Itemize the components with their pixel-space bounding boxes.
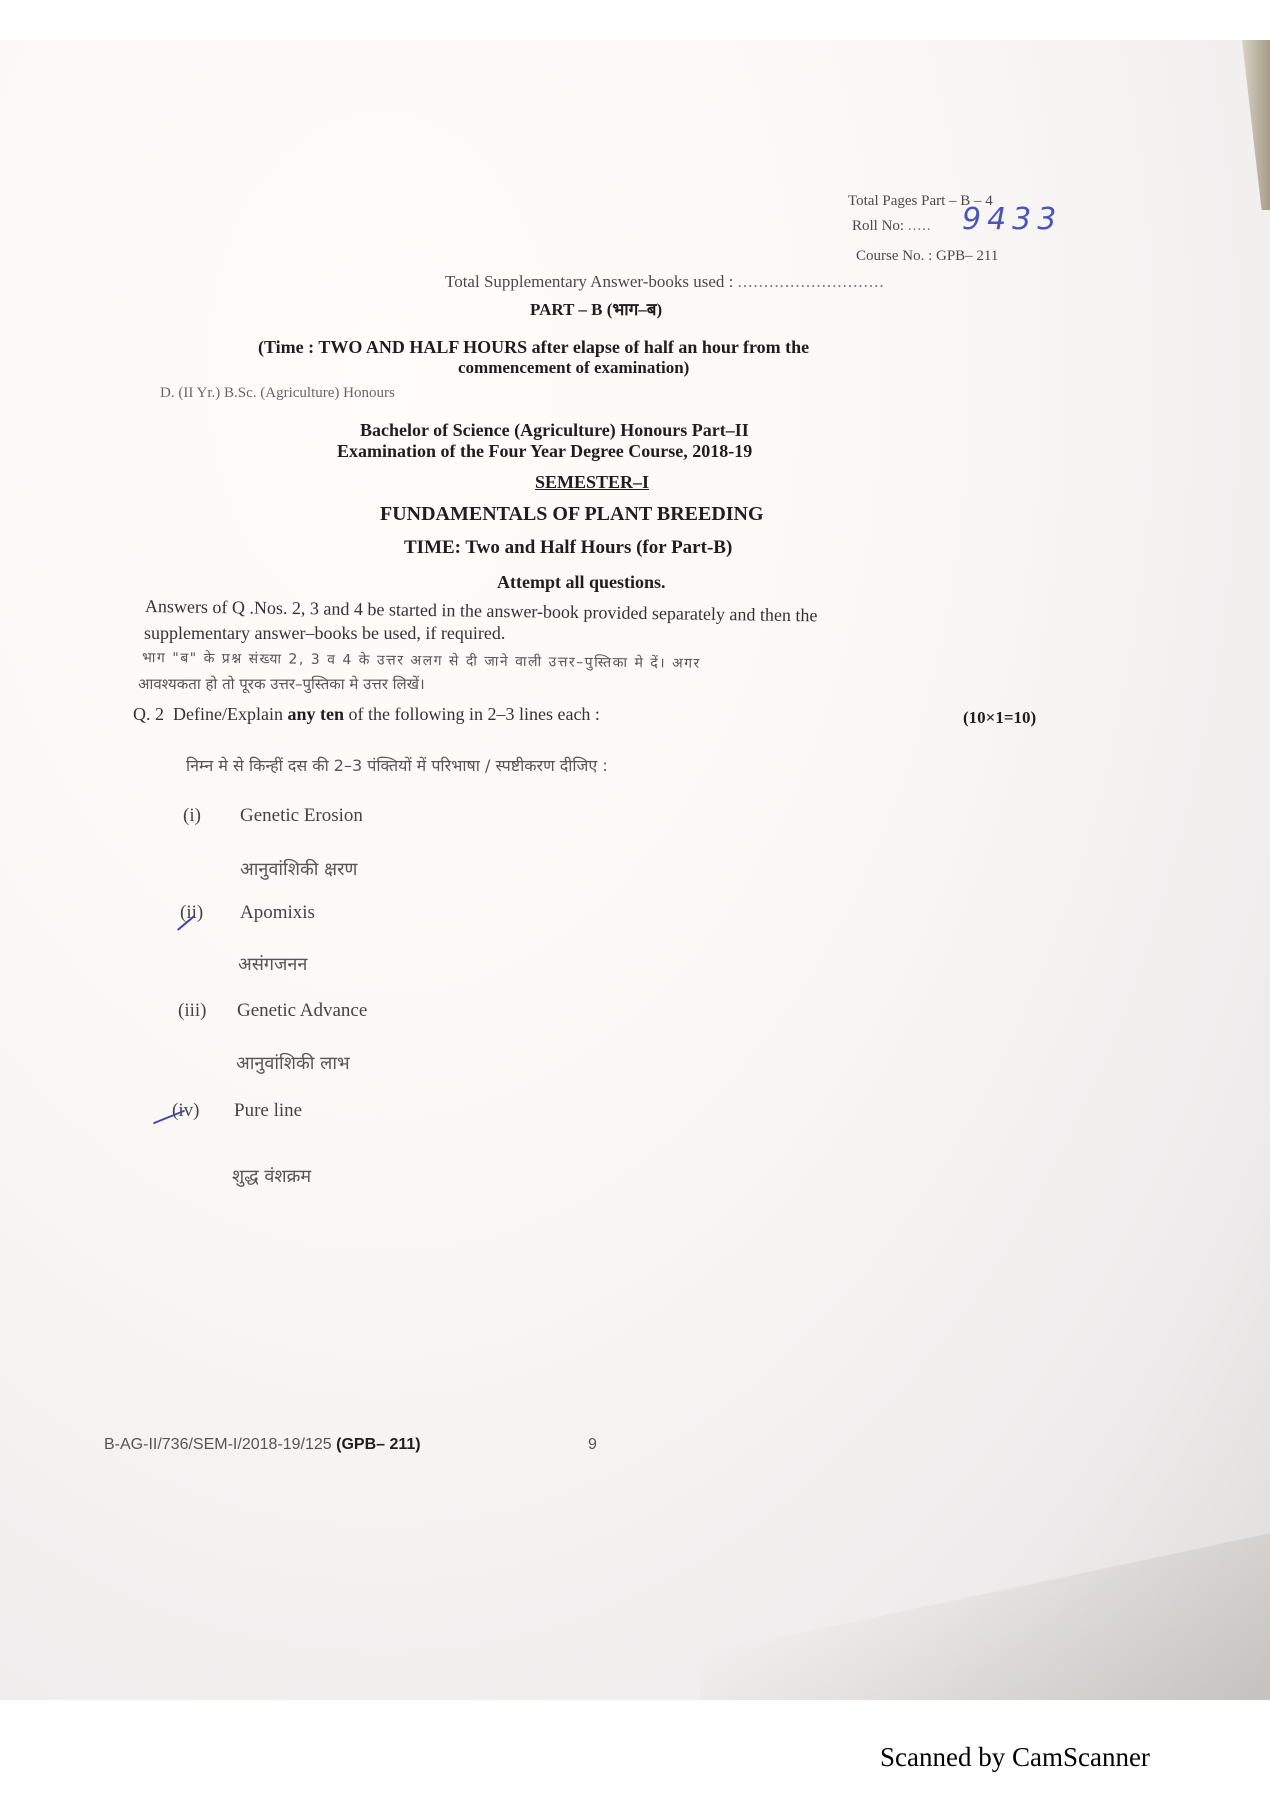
question-number: Q. 2 [133, 704, 164, 724]
paper-edge-shadow [1242, 40, 1270, 210]
question-text-bold: any ten [287, 704, 344, 724]
roll-no-dots: ..... [908, 218, 932, 234]
time-line: TIME: Two and Half Hours (for Part-B) [404, 537, 732, 559]
item-2-term: Apomixis [240, 902, 315, 923]
camscanner-watermark: Scanned by CamScanner [880, 1742, 1150, 1773]
footer-code-bold: (GPB– 211) [336, 1436, 420, 1453]
time-note-line2: commencement of examination) [458, 358, 689, 378]
roll-no-value: 9433 [962, 202, 1062, 237]
item-1-term: Genetic Erosion [240, 805, 363, 826]
paper-footer-code: B-AG-II/736/SEM-I/2018-19/125 (GPB– 211) [104, 1436, 421, 1454]
supplementary-label: Total Supplementary Answer-books used : [445, 272, 733, 291]
item-3-term: Genetic Advance [237, 1000, 367, 1021]
attempt-all: Attempt all questions. [497, 572, 666, 593]
item-1-hindi: आनुवांशिकी क्षरण [240, 857, 357, 881]
item-3-hindi: आनुवांशिकी लाभ [236, 1051, 350, 1075]
question-marks: (10×1=10) [963, 708, 1036, 728]
instructions-hi-line1: भाग "ब" के प्रश्न संख्या 2, 3 व 4 के उत्… [142, 648, 701, 673]
item-3-number: (iii) [178, 1000, 237, 1022]
program-code: D. (II Yr.) B.Sc. (Agriculture) Honours [160, 385, 395, 402]
part-title: PART – B (भाग–ब) [530, 297, 662, 320]
item-4-hindi: शुद्ध वंशक्रम [232, 1164, 311, 1188]
roll-no-label: Roll No: [852, 218, 904, 234]
semester-heading: SEMESTER–I [535, 472, 649, 493]
question-text-hindi: निम्न मे से किन्हीं दस की 2–3 पंक्तियों … [186, 754, 608, 776]
instructions-en-line1: Answers of Q .Nos. 2, 3 and 4 be started… [145, 596, 818, 626]
question-text-suffix: of the following in 2–3 lines each : [348, 704, 599, 724]
item-4-term: Pure line [234, 1100, 302, 1121]
item-1: (i)Genetic Erosion [183, 805, 363, 827]
roll-no-row: Roll No: ..... [852, 218, 932, 235]
item-2-hindi: असंगजनन [238, 952, 307, 976]
subject-title: FUNDAMENTALS OF PLANT BREEDING [380, 503, 764, 526]
item-2: (ii)Apomixis [180, 902, 315, 924]
item-1-number: (i) [183, 805, 240, 827]
question-text-prefix: Define/Explain [173, 704, 283, 724]
page-number: 9 [588, 1436, 597, 1454]
scanned-exam-page: Total Pages Part – B – 4 Roll No: ..... … [0, 40, 1270, 1700]
instructions-hi-line2: आवश्यकता हो तो पूरक उत्तर–पुस्तिका मे उत… [138, 674, 425, 694]
time-note-line1: (Time : TWO AND HALF HOURS after elapse … [258, 337, 809, 358]
exam-title-line2: Examination of the Four Year Degree Cour… [337, 441, 752, 462]
footer-code: B-AG-II/736/SEM-I/2018-19/125 [104, 1436, 332, 1453]
supplementary-row: Total Supplementary Answer-books used : … [445, 272, 885, 292]
question-2-prompt: Q. 2 Define/Explain any ten of the follo… [133, 704, 600, 725]
instructions-en-line2: supplementary answer–books be used, if r… [144, 623, 505, 644]
exam-title-line1: Bachelor of Science (Agriculture) Honour… [360, 420, 749, 441]
supplementary-blank: ............................ [738, 272, 885, 291]
course-no-label: Course No. : GPB– 211 [856, 248, 998, 265]
item-4: (iv)Pure line [172, 1100, 302, 1122]
item-3: (iii)Genetic Advance [178, 1000, 367, 1022]
